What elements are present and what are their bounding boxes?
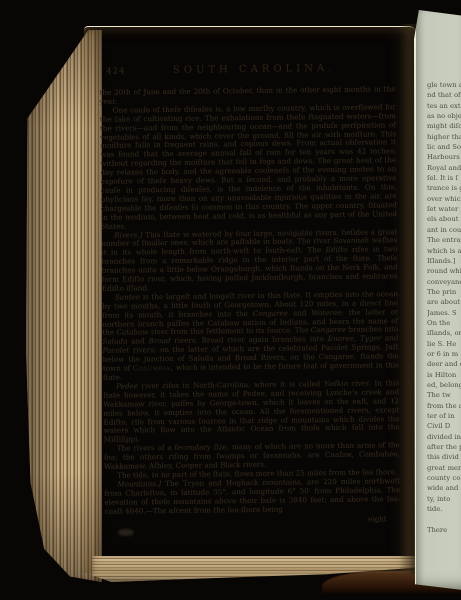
adjacent-page-text-fragment: are about 9 [427, 297, 461, 307]
adjacent-page-text-fragment: or 6 in m [427, 349, 461, 359]
adjacent-page-text-fragment: from the a [427, 401, 461, 411]
running-header-row: 424 SOUTH CAROLINA. [81, 62, 413, 78]
adjacent-page-text-fragment: On the [427, 318, 461, 328]
text-run: and [288, 308, 311, 317]
adjacent-page-text: gle town and that of ates an exteas no o… [416, 80, 461, 535]
paragraph-8: Mountains.] The Tryon and Hogback mounta… [104, 477, 400, 516]
text-run: Broad [149, 336, 171, 345]
text-run: One cauſe of theſe diſeaſes is, a low ma… [100, 102, 397, 230]
adjacent-page-text-fragment: conveyance [427, 277, 461, 287]
adjacent-page-text-fragment: Iſlands.] [427, 256, 461, 266]
adjacent-page-text-fragment: which is a gr [427, 246, 461, 256]
adjacent-page-text-fragment: tide. [427, 504, 461, 514]
text-run: Saluda [102, 337, 127, 346]
paragraph-4: Santee is the largeſt and longeſt river … [102, 290, 399, 383]
book-page: 424 SOUTH CAROLINA. the 20th of June and… [84, 26, 416, 573]
adjacent-page-text-fragment: great men [427, 463, 461, 473]
text-run: Pacolet [103, 346, 130, 355]
adjacent-page-text-fragment: ed, belong [427, 380, 461, 390]
adjacent-page-text-fragment: els about 9 [427, 214, 461, 224]
adjacent-page-text-fragment [427, 514, 461, 524]
adjacent-page-text-fragment: Royal and C [427, 163, 461, 173]
paragraph-5: Pedee river riſes in North-Carolina, whe… [103, 379, 400, 445]
adjacent-page-text-fragment: ſel. It is ſ [427, 173, 461, 183]
adjacent-page-text-fragment: ter of in [427, 411, 461, 421]
text-run: Yadkin [324, 379, 348, 388]
paragraph-2: One cauſe of theſe diſeaſes is, a low ma… [100, 103, 398, 231]
adjacent-page-text-fragment: higher than t [427, 132, 461, 142]
adjacent-page-text-fragment: is Hilton [427, 370, 461, 380]
adjacent-page-text-fragment: over which a [427, 194, 461, 204]
adjacent-page-text-fragment: The prin [427, 287, 461, 297]
adjacent-page-text-fragment: nd that of a [427, 90, 461, 100]
running-header-title: SOUTH CAROLINA. [81, 62, 413, 77]
adjacent-page-text-fragment: round which [427, 266, 461, 276]
paragraph-3: Rivers.] This ſtate is watered by four l… [101, 228, 398, 294]
adjacent-page-text-fragment: Civil D [427, 421, 461, 431]
adjacent-page-text-fragment: might diſcov [427, 121, 461, 131]
adjacent-page-text-fragment: ant in coun [427, 225, 461, 235]
page-number: 424 [106, 67, 125, 77]
text-run: Rivers.] [114, 230, 142, 239]
adjacent-page-text-fragment: trance is gu [427, 183, 461, 193]
adjacent-page-text-fragment: There [427, 525, 461, 535]
text-run: and [381, 334, 398, 343]
paper-stain [118, 529, 134, 536]
adjacent-page-text-fragment: tes an exte [427, 101, 461, 111]
adjacent-page-text-fragment: gle town a [427, 80, 461, 90]
text-run: and [127, 337, 148, 346]
adjacent-page-text-fragment: divided in [427, 432, 461, 442]
adjacent-page-text-fragment: as no object [427, 111, 461, 121]
adjacent-page-text-fragment: lie S. He [427, 339, 461, 349]
adjacent-page-text-fragment: Harbours [427, 152, 461, 162]
text-run: Santee [115, 292, 140, 301]
text-run: Pedee [116, 381, 138, 390]
adjacent-page-text-fragment: iſlands, on [427, 328, 461, 338]
book-photograph: 424 SOUTH CAROLINA. the 20th of June and… [0, 0, 461, 600]
adjacent-page-text-fragment: county co [427, 473, 461, 483]
adjacent-page-text-fragment: ſet water ; [427, 204, 461, 214]
adjacent-page-text-fragment: The entra [427, 235, 461, 245]
text-run: The rivers of a ſecondary ſize, many of … [104, 440, 400, 470]
adjacent-page-text-fragment: after the p [427, 442, 461, 452]
text-run: Columbia, [133, 363, 174, 372]
adjacent-page-text-fragment: James. S [427, 308, 461, 318]
adjacent-page-text-fragment: deer and o [427, 359, 461, 369]
adjacent-page-text-fragment: wide and [427, 483, 461, 493]
adjacent-page-text-fragment: this divid [427, 452, 461, 462]
adjacent-page-text-fragment: lic and Sou [427, 142, 461, 152]
adjacent-page-text-fragment: ty, into [427, 494, 461, 504]
adjacent-page-sliver: gle town and that of ates an exteas no o… [414, 10, 461, 590]
text-run: Ediſto [326, 245, 348, 254]
page-body-text: the 20th of June and the 20th of October… [99, 85, 400, 516]
page-content: 424 SOUTH CAROLINA. the 20th of June and… [81, 25, 420, 575]
adjacent-page-text-fragment: The tw [427, 390, 461, 400]
